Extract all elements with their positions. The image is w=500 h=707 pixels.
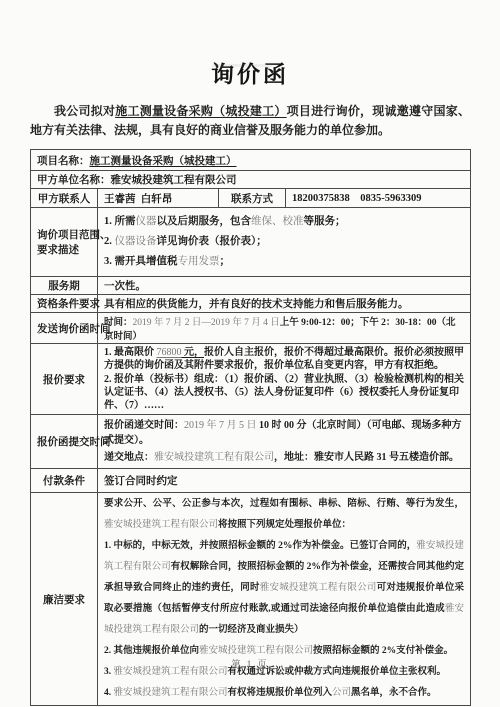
integrity-intro-company: 雅安城投建筑工程有限公司	[104, 520, 218, 530]
scope-item1-text2: 以及后期服务，包含	[157, 216, 252, 227]
row-qualification: 资格条件要求 具有相应的供货能力，并有良好的技术支持能力和售后服务能力。	[31, 295, 471, 313]
integrity-intro-text2: 将按照下列规定处理报价单位：	[218, 520, 351, 530]
contact-names: 王睿茜 白轩昂	[98, 189, 219, 208]
party-a-cell: 甲方单位名称：雅安城投建筑工程有限公司	[31, 171, 471, 189]
intro-text-pre: 我公司拟对	[54, 104, 115, 118]
payment-terms-label: 付款条件	[31, 469, 98, 493]
inquiry-form-table: 项目名称：施工测量设备采购（城投建工） 甲方单位名称：雅安城投建筑工程有限公司 …	[30, 149, 471, 706]
submit-place-address: ，地址：雅安市人民路 31 号五楼造价部。	[274, 452, 459, 463]
party-a-value: 雅安城投建筑工程有限公司	[111, 175, 237, 186]
scope-item-1: 1. 所需仪器以及后期服务，包含维保、校准等服务；	[104, 215, 464, 229]
send-time-label: 发送询价函时间	[31, 313, 98, 344]
send-time-dates: 2019 年 7 月 2 日—2019 年 7 月 4 日	[133, 318, 280, 328]
row-quote-requirements: 报价要求 1. 最高限价 76800 元，报价人自主报价，报价不得超过最高限价。…	[31, 344, 471, 415]
scope-item2-num: 2.	[104, 236, 115, 247]
row-scope: 询价项目范围、 要求描述 1. 所需仪器以及后期服务，包含维保、校准等服务； 2…	[31, 208, 471, 277]
row-project-name: 项目名称：施工测量设备采购（城投建工）	[31, 150, 471, 171]
integrity-intro: 要求公开、公平、公正参与本次，过程如有围标、串标、陪标、行贿、等行为发生，雅安城…	[104, 494, 464, 536]
scope-item1-text3: 等服务；	[304, 216, 346, 227]
integrity1-text: 1. 中标的，中标无效，并按照招标金额的 2%作为补偿金。已签订合同的，	[104, 541, 416, 551]
intro-paragraph: 我公司拟对施工测量设备采购（城投建工）项目进行询价，现诚邀遵守国家、地方有关法律…	[30, 102, 470, 140]
integrity-label: 廉洁要求	[31, 493, 98, 706]
scope-item3-text: 3. 需开具增值税	[104, 256, 178, 267]
row-send-time: 发送询价函时间 时间：2019 年 7 月 2 日—2019 年 7 月 4 日…	[31, 313, 471, 344]
row-service-period: 服务期 一次性。	[31, 277, 471, 295]
row-submit-time: 报价函提交时间 报价函递交时间：2019 年 7 月 5 日 10 时 00 分…	[31, 415, 471, 469]
party-a-label: 甲方单位名称：	[37, 175, 111, 186]
integrity4-num: 4.	[104, 688, 114, 698]
integrity2-company: 雅安城投建筑工程有限公司	[199, 646, 313, 656]
scope-item3-muted: 专用发票	[178, 256, 220, 267]
project-name-cell: 项目名称：施工测量设备采购（城投建工）	[31, 150, 471, 171]
service-period-label: 服务期	[31, 277, 98, 295]
quote-req-label: 报价要求	[31, 344, 98, 415]
scanned-inquiry-document: 询价函 我公司拟对施工测量设备采购（城投建工）项目进行询价，现诚邀遵守国家、地方…	[0, 0, 500, 707]
integrity2-text2: 按照招标金额的 2%支付补偿金。	[313, 646, 453, 656]
scan-smudge	[212, 64, 272, 67]
submit-time-line2: 递交地点：雅安城投建筑工程有限公司，地址：雅安市人民路 31 号五楼造价部。	[104, 450, 464, 465]
row-integrity: 廉洁要求 要求公开、公平、公正参与本次，过程如有围标、串标、陪标、行贿、等行为发…	[31, 493, 471, 706]
integrity1-company2: 雅安城投建筑工程有限公司	[260, 583, 377, 593]
scope-item2-text: 详见询价表（报价表）；	[157, 236, 267, 247]
project-name-value: 施工测量设备采购（城投建工）	[90, 156, 237, 167]
contact-names-value: 王睿茜 白轩昂	[104, 194, 172, 205]
submit-place-company: 雅安城投建筑工程有限公司	[154, 452, 274, 463]
submit-time-line1: 报价函递交时间：2019 年 7 月 5 日 10 时 00 分（北京时间）（可…	[104, 418, 464, 448]
integrity4-text: 有权将违规报价单位列入	[228, 688, 333, 698]
page-title: 询价函	[0, 56, 500, 89]
contact-phones-value: 18200375838 0835-5963309	[292, 193, 422, 204]
integrity-content: 要求公开、公平、公正参与本次，过程如有围标、串标、陪标、行贿、等行为发生，雅安城…	[98, 493, 471, 706]
scope-item1-muted2: 维保、校准	[251, 216, 304, 227]
send-time-value: 时间：2019 年 7 月 2 日—2019 年 7 月 4 日上午 9:00-…	[98, 313, 471, 344]
max-price-unit: 元，	[182, 347, 205, 358]
integrity-intro-text: 要求公开、公平、公正参与本次，过程如有围标、串标、陪标、行贿、等行为发生，	[104, 499, 464, 509]
intro-project-name: 施工测量设备采购（城投建工）	[115, 104, 286, 118]
scope-label-line2: 要求描述	[37, 242, 91, 257]
submit-place-prefix: 递交地点：	[104, 452, 154, 463]
submit-time-label: 报价函提交时间	[31, 415, 98, 469]
project-name-label: 项目名称：	[37, 156, 90, 167]
payment-terms-value: 签订合同时约定	[98, 469, 471, 493]
integrity-item-1: 1. 中标的，中标无效，并按照招标金额的 2%作为补偿金。已签订合同的，雅安城投…	[104, 536, 464, 641]
service-period-value: 一次性。	[98, 277, 471, 295]
submit-time-content: 报价函递交时间：2019 年 7 月 5 日 10 时 00 分（北京时间）（可…	[98, 415, 471, 469]
scope-item1-text: 1. 所需	[104, 216, 136, 227]
integrity2-text: 2. 其他违规报价单位向	[104, 646, 199, 656]
integrity-item-4: 4. 雅安城投建筑工程有限公司有权将违规报价单位列入公司黑名单，永不合作。	[104, 683, 464, 704]
submit-time-date: 2019 年 7 月 5 日	[184, 420, 257, 431]
qualification-label: 资格条件要求	[31, 295, 98, 313]
page-number: 第 1 页	[0, 657, 500, 670]
scope-item3-text2: ；	[220, 256, 231, 267]
integrity4-text2: 黑名单，永不合作。	[351, 688, 437, 698]
quote-req-item-2: 2. 报价单（投标书）组成：（1）报价函、（2）营业执照、（3）检验检测机构的相…	[104, 373, 464, 412]
scope-item1-muted: 仪器	[136, 216, 157, 227]
scope-item-3: 3. 需开具增值税专用发票；	[104, 255, 464, 269]
scope-item2-muted: 仪器设备	[115, 236, 157, 247]
qualification-value: 具有相应的供货能力，并有良好的技术支持能力和售后服务能力。	[98, 295, 471, 313]
scope-label-line1: 询价项目范围、	[37, 227, 91, 242]
row-contact: 甲方联系人 王睿茜 白轩昂 联系方式 18200375838 0835-5963…	[31, 189, 471, 208]
integrity1-text4: 的一切经济及商业损失）	[199, 625, 304, 635]
send-time-prefix: 时间：	[104, 318, 133, 328]
quote-req-content: 1. 最高限价 76800 元，报价人自主报价，报价不得超过最高限价。报价必须按…	[98, 344, 471, 415]
max-price-value: 76800	[157, 347, 182, 358]
row-party-a: 甲方单位名称：雅安城投建筑工程有限公司	[31, 171, 471, 189]
quote-req1-text: 1. 最高限价	[104, 347, 157, 358]
scope-content: 1. 所需仪器以及后期服务，包含维保、校准等服务； 2. 仪器设备详见询价表（报…	[98, 208, 471, 277]
contact-label: 甲方联系人	[31, 189, 98, 208]
contact-phones: 18200375838 0835-5963309	[286, 189, 471, 208]
scope-label: 询价项目范围、 要求描述	[31, 208, 98, 277]
submit-time-prefix: 报价函递交时间：	[104, 420, 184, 431]
row-payment-terms: 付款条件 签订合同时约定	[31, 469, 471, 493]
integrity4-company: 雅安城投建筑工程有限公司	[114, 688, 228, 698]
scope-item-2: 2. 仪器设备详见询价表（报价表）；	[104, 235, 464, 249]
contact-method-label: 联系方式	[219, 189, 286, 208]
integrity4-muted: 公司	[332, 688, 351, 698]
quote-req-item-1: 1. 最高限价 76800 元，报价人自主报价，报价不得超过最高限价。报价必须按…	[104, 346, 464, 372]
